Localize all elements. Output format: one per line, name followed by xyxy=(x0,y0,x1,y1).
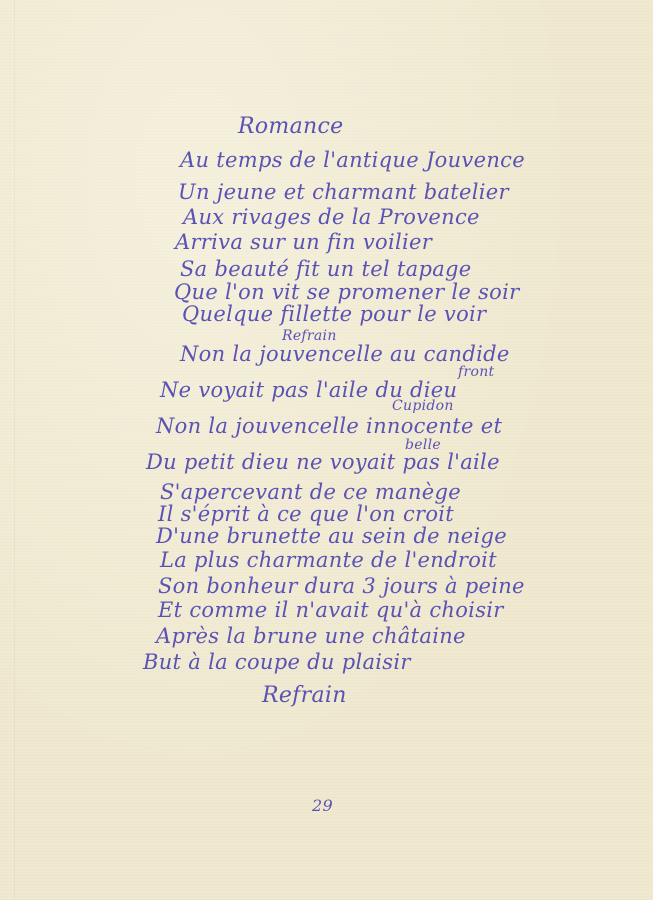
verse1-line-1: Au temps de l'antique Jouvence xyxy=(180,148,525,172)
verse2-line-2: Il s'éprit à ce que l'on croit xyxy=(158,502,454,526)
annotation-cupidon: Cupidon xyxy=(392,398,454,414)
verse2-line-3: D'une brunette au sein de neige xyxy=(156,524,507,548)
refrain-line-4: Du petit dieu ne voyait pas l'aile xyxy=(146,450,500,474)
verse1-line-4: Arriva sur un fin voilier xyxy=(175,230,432,254)
verse2-line-1: S'apercevant de ce manège xyxy=(160,480,461,504)
verse1-line-7: Quelque fillette pour le voir xyxy=(182,302,486,326)
verse2-line-4: La plus charmante de l'endroit xyxy=(160,548,497,572)
verse2-line-8: But à la coupe du plaisir xyxy=(143,650,411,674)
verse1-line-6: Que l'on vit se promener le soir xyxy=(174,280,519,304)
page-number: 29 xyxy=(312,796,333,815)
verse1-line-5: Sa beauté fit un tel tapage xyxy=(180,257,472,281)
refrain-heading-end: Refrain xyxy=(262,683,347,708)
verse2-line-6: Et comme il n'avait qu'à choisir xyxy=(158,598,504,622)
annotation-front: front xyxy=(458,364,494,380)
poem-title: Romance xyxy=(238,114,343,139)
handwritten-page: Romance Au temps de l'antique Jouvence U… xyxy=(0,0,653,900)
refrain-line-1: Non la jouvencelle au candide xyxy=(180,342,510,366)
verse2-line-7: Après la brune une châtaine xyxy=(156,624,466,648)
refrain-line-3: Non la jouvencelle innocente et xyxy=(156,414,502,438)
verse2-line-5: Son bonheur dura 3 jours à peine xyxy=(158,574,525,598)
verse1-line-3: Aux rivages de la Provence xyxy=(183,205,480,229)
verse1-line-2: Un jeune et charmant batelier xyxy=(178,180,509,204)
